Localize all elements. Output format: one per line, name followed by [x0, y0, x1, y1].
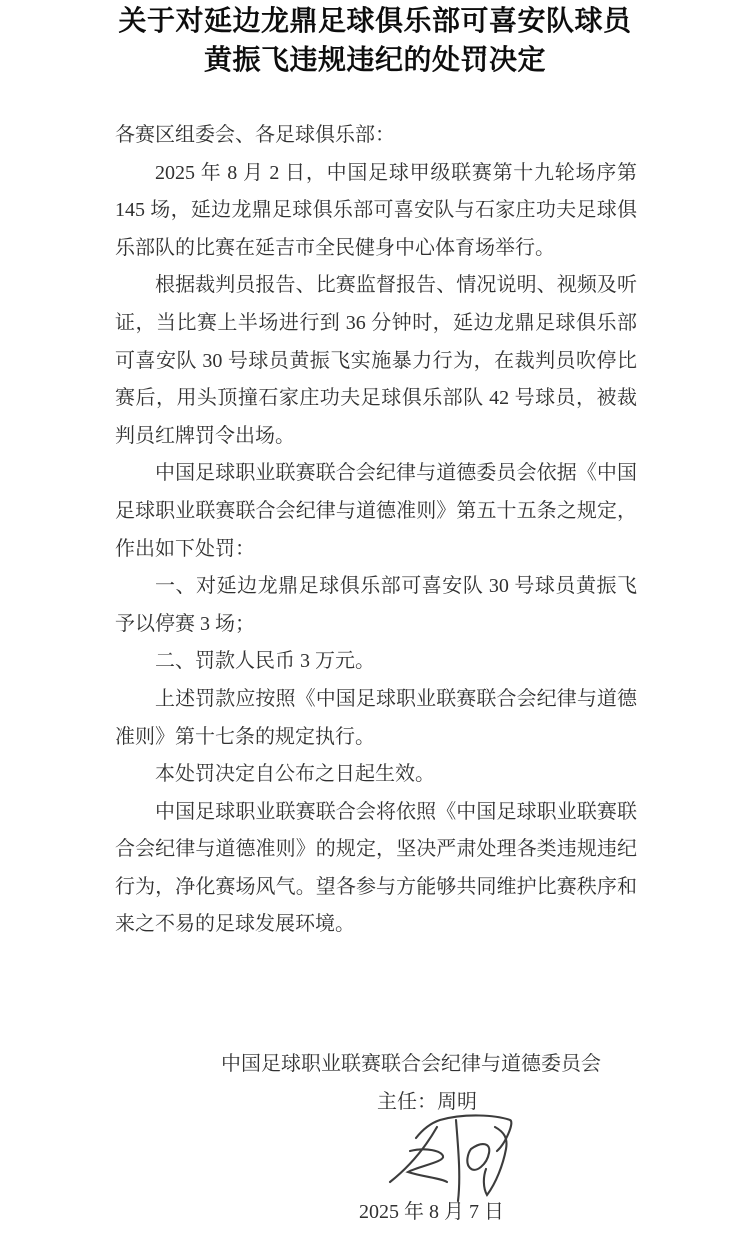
penalty-item-1-cont: 予以停赛 3 场； — [115, 606, 637, 644]
penalty-item-2: 二、罚款人民币 3 万元。 — [115, 643, 637, 681]
body-line: 合会纪律与道德准则》的规定，坚决严肃处理各类违规违纪 — [115, 831, 637, 869]
body-line: 来之不易的足球发展环境。 — [115, 906, 637, 944]
penalty-item-1: 一、对延边龙鼎足球俱乐部可喜安队 30 号球员黄振飞 — [115, 568, 637, 606]
title-line-1: 关于对延边龙鼎足球俱乐部可喜安队球员 — [0, 2, 750, 41]
body-line: 2025 年 8 月 2 日，中国足球甲级联赛第十九轮场序第 — [115, 155, 637, 193]
issue-date: 2025 年 8 月 7 日 — [359, 1198, 504, 1226]
body-line: 根据裁判员报告、比赛监督报告、情况说明、视频及听 — [115, 267, 637, 305]
handwritten-signature — [383, 1108, 533, 1203]
body-line: 145 场，延边龙鼎足球俱乐部可喜安队与石家庄功夫足球俱 — [115, 192, 637, 230]
body-line: 中国足球职业联赛联合会将依照《中国足球职业联赛联 — [115, 794, 637, 832]
issuing-committee: 中国足球职业联赛联合会纪律与道德委员会 — [221, 1050, 601, 1078]
effective-date-line: 本处罚决定自公布之日起生效。 — [115, 756, 637, 794]
document-title: 关于对延边龙鼎足球俱乐部可喜安队球员 黄振飞违规违纪的处罚决定 — [0, 2, 750, 80]
body-line: 赛后，用头顶撞石家庄功夫足球俱乐部队 42 号球员，被裁 — [115, 380, 637, 418]
body-line: 行为，净化赛场风气。望各参与方能够共同维护比赛秩序和 — [115, 869, 637, 907]
body-line: 上述罚款应按照《中国足球职业联赛联合会纪律与道德 — [115, 681, 637, 719]
body-line: 作出如下处罚： — [115, 531, 637, 569]
salutation: 各赛区组委会、各足球俱乐部： — [115, 117, 637, 155]
body-line: 准则》第十七条的规定执行。 — [115, 719, 637, 757]
document-body: 各赛区组委会、各足球俱乐部： 2025 年 8 月 2 日，中国足球甲级联赛第十… — [115, 117, 637, 944]
body-line: 可喜安队 30 号球员黄振飞实施暴力行为，在裁判员吹停比 — [115, 343, 637, 381]
body-line: 判员红牌罚令出场。 — [115, 418, 637, 456]
body-line: 足球职业联赛联合会纪律与道德准则》第五十五条之规定， — [115, 493, 637, 531]
body-line: 中国足球职业联赛联合会纪律与道德委员会依据《中国 — [115, 455, 637, 493]
document-page: 关于对延边龙鼎足球俱乐部可喜安队球员 黄振飞违规违纪的处罚决定 各赛区组委会、各… — [0, 0, 750, 1244]
body-line: 乐部队的比赛在延吉市全民健身中心体育场举行。 — [115, 230, 637, 268]
body-line: 证，当比赛上半场进行到 36 分钟时，延边龙鼎足球俱乐部 — [115, 305, 637, 343]
title-line-2: 黄振飞违规违纪的处罚决定 — [0, 41, 750, 80]
